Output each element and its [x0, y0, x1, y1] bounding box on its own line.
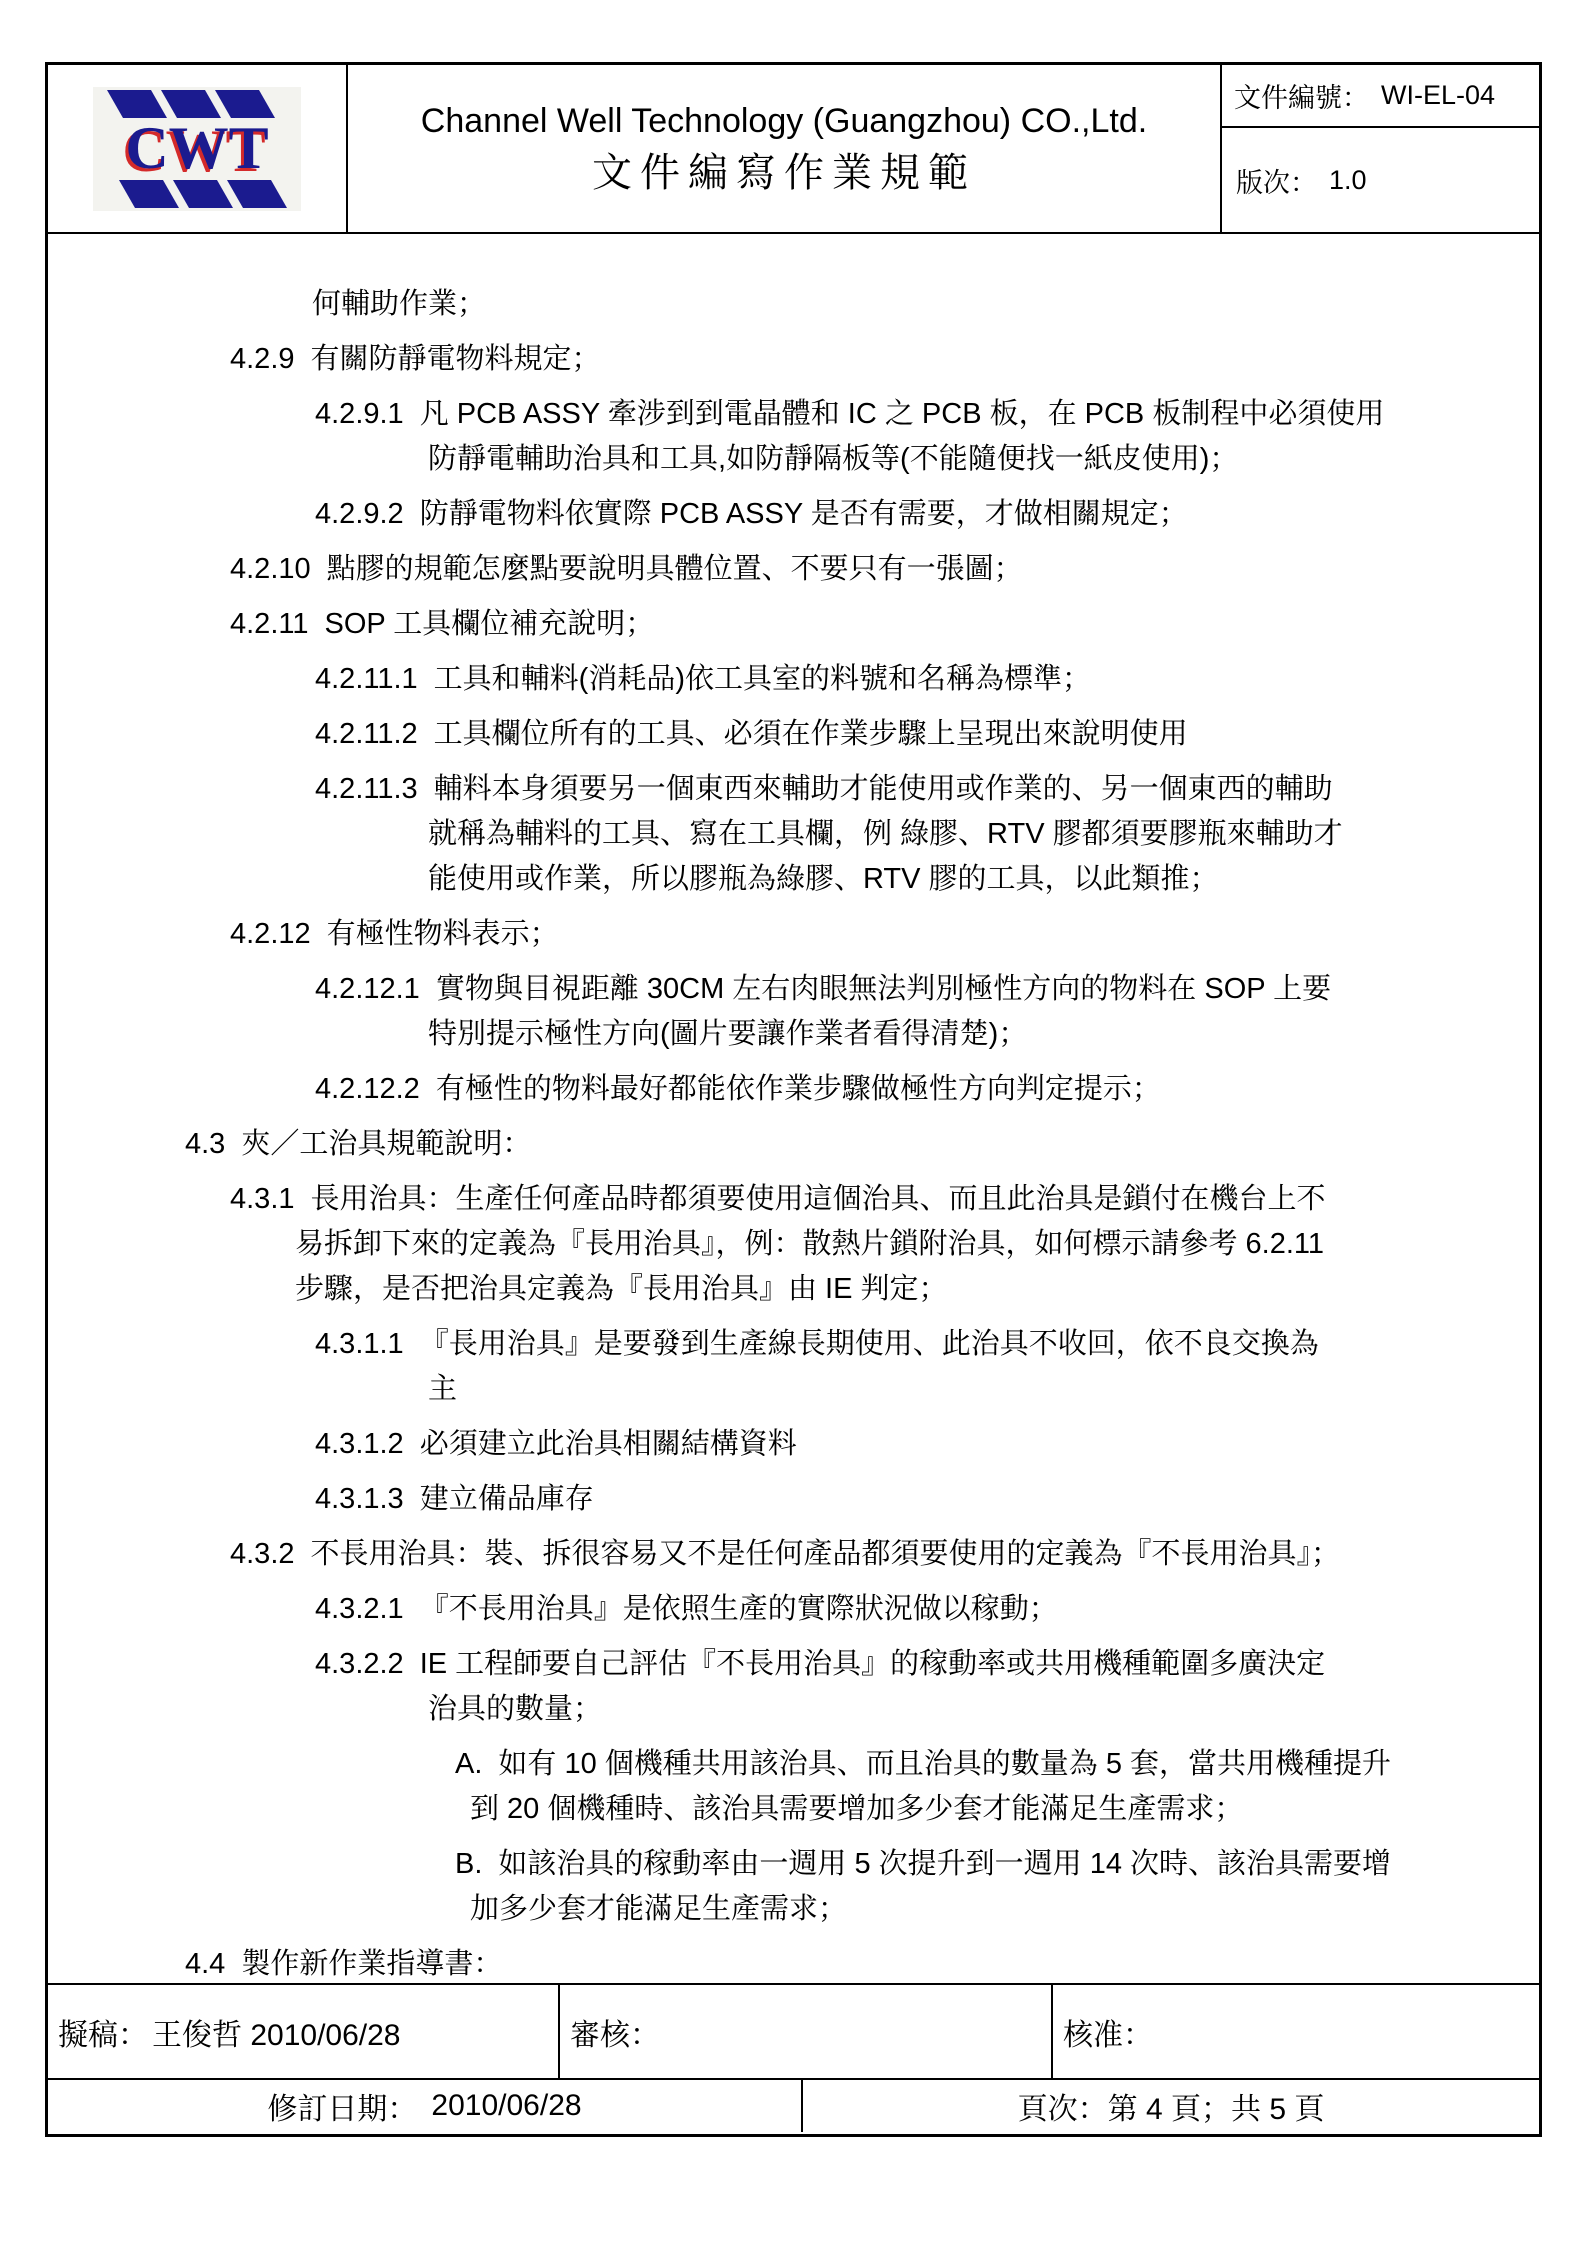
draft-cell: 擬稿： 王俊哲 2010/06/28 [48, 1985, 560, 2078]
body-line: 4.3.1.2必須建立此治具相關結構資料 [315, 1422, 1539, 1467]
body-line: 特別提示極性方向(圖片要讓作業者看得清楚)； [428, 1012, 1539, 1057]
document-page: CWT CWT Channel Well Technology (Guangzh… [0, 0, 1587, 2245]
clause-number: B. [455, 1848, 482, 1880]
page-number-cell: 頁次： 第 4 頁；共 5 頁 [803, 2080, 1539, 2132]
clause-number: 4.2.11 [230, 608, 308, 640]
paragraph: 4.3.2.2IE 工程師要自己評估『不長用治具』的稼動率或共用機種範圍多廣決定… [315, 1642, 1539, 1732]
body-line: B.如該治具的稼動率由一週用 5 次提升到一週用 14 次時、該治具需要增 [455, 1842, 1539, 1887]
paragraph: 何輔助作業； [312, 282, 1539, 327]
body-line: 4.2.12.1實物與目視距離 30CM 左右肉眼無法判別極性方向的物料在 SO… [315, 967, 1539, 1012]
revision-date-cell: 修訂日期： 2010/06/28 [48, 2080, 803, 2132]
paragraph: 4.3.1長用治具：生產任何產品時都須要使用這個治具、而且此治具是鎖付在機台上不… [230, 1177, 1539, 1312]
body-line: 4.3.1.1『長用治具』是要發到生產線長期使用、此治具不收回，依不良交換為 [315, 1322, 1539, 1367]
body-line: 4.2.12有極性物料表示； [230, 912, 1539, 957]
revision-date-value: 2010/06/28 [431, 2089, 581, 2123]
body-line: 加多少套才能滿足生產需求； [470, 1887, 1539, 1932]
paragraph: A.如有 10 個機種共用該治具、而且治具的數量為 5 套，當共用機種提升到 2… [455, 1742, 1539, 1832]
version-value: 1.0 [1329, 165, 1367, 196]
logo-cell: CWT CWT [48, 65, 348, 232]
cwt-logo-graphic: CWT CWT [97, 88, 297, 210]
body-line: 4.2.9.2防靜電物料依實際 PCB ASSY 是否有需要，才做相關規定； [315, 492, 1539, 537]
signature-row: 擬稿： 王俊哲 2010/06/28 審核： 核准： [48, 1985, 1539, 2080]
paragraph: B.如該治具的稼動率由一週用 5 次提升到一週用 14 次時、該治具需要增加多少… [455, 1842, 1539, 1932]
body-line: 防靜電輔助治具和工具,如防靜隔板等(不能隨便找一紙皮使用)； [428, 437, 1539, 482]
paragraph: 4.3夾／工治具規範說明： [185, 1122, 1539, 1167]
clause-number: 4.3 [185, 1128, 225, 1160]
draft-label: 擬稿： [58, 2010, 148, 2054]
doc-number-cell: 文件編號： WI-EL-04 [1222, 65, 1539, 128]
body-line: 4.2.10點膠的規範怎麼點要說明具體位置、不要只有一張圖； [230, 547, 1539, 592]
paragraph: 4.2.12.1實物與目視距離 30CM 左右肉眼無法判別極性方向的物料在 SO… [315, 967, 1539, 1057]
revision-date-label: 修訂日期： [267, 2084, 417, 2128]
body-line: 易拆卸下來的定義為『長用治具』，例：散熱片鎖附治具，如何標示請參考 6.2.11 [295, 1222, 1539, 1267]
body-line: 治具的數量； [428, 1687, 1539, 1732]
approve-label: 核准： [1063, 2010, 1153, 2054]
body-line: 4.2.11.3輔料本身須要另一個東西來輔助才能使用或作業的、另一個東西的輔助 [315, 767, 1539, 812]
paragraph: 4.2.11.1工具和輔料(消耗品)依工具室的料號和名稱為標準； [315, 657, 1539, 702]
body-line: 到 20 個機種時、該治具需要增加多少套才能滿足生產需求； [470, 1787, 1539, 1832]
clause-number: A. [455, 1748, 482, 1780]
clause-number: 4.3.1.2 [315, 1428, 404, 1460]
paragraph: 4.2.12.2有極性的物料最好都能依作業步驟做極性方向判定提示； [315, 1067, 1539, 1112]
body-line: 4.3.1長用治具：生產任何產品時都須要使用這個治具、而且此治具是鎖付在機台上不 [230, 1177, 1539, 1222]
clause-number: 4.2.9 [230, 343, 295, 375]
document-title: 文件編寫作業規範 [592, 149, 976, 197]
body-line: 4.2.9有關防靜電物料規定； [230, 337, 1539, 382]
body-line: 4.3.2不長用治具：裝、拆很容易又不是任何產品都須要使用的定義為『不長用治具』… [230, 1532, 1539, 1577]
clause-number: 4.2.12 [230, 918, 311, 950]
body-line: 能使用或作業，所以膠瓶為綠膠、RTV 膠的工具，以此類推； [428, 857, 1539, 902]
logo-text: CWT [125, 115, 268, 181]
paragraph: 4.3.1.2必須建立此治具相關結構資料 [315, 1422, 1539, 1467]
body-line: 4.2.11.2工具欄位所有的工具、必須在作業步驟上呈現出來說明使用 [315, 712, 1539, 757]
clause-number: 4.2.10 [230, 553, 311, 585]
paragraph: 4.3.2不長用治具：裝、拆很容易又不是任何產品都須要使用的定義為『不長用治具』… [230, 1532, 1539, 1577]
paragraph: 4.2.9.2防靜電物料依實際 PCB ASSY 是否有需要，才做相關規定； [315, 492, 1539, 537]
paragraph: 4.2.10點膠的規範怎麼點要說明具體位置、不要只有一張圖； [230, 547, 1539, 592]
paragraph: 4.2.9有關防靜電物料規定； [230, 337, 1539, 382]
clause-number: 4.2.9.1 [315, 398, 404, 430]
clause-number: 4.2.9.2 [315, 498, 404, 530]
body-line: 4.2.9.1凡 PCB ASSY 牽涉到到電晶體和 IC 之 PCB 板，在 … [315, 392, 1539, 437]
cwt-logo: CWT CWT [93, 87, 301, 211]
company-name: Channel Well Technology (Guangzhou) CO.,… [421, 101, 1147, 141]
body-line: 4.3.2.1『不長用治具』是依照生產的實際狀況做以稼動； [315, 1587, 1539, 1632]
logo-bottom-stripes [119, 180, 287, 208]
revision-page-row: 修訂日期： 2010/06/28 頁次： 第 4 頁；共 5 頁 [48, 2080, 1539, 2132]
paragraph: 4.2.11.2工具欄位所有的工具、必須在作業步驟上呈現出來說明使用 [315, 712, 1539, 757]
paragraph: 4.3.1.1『長用治具』是要發到生產線長期使用、此治具不收回，依不良交換為主 [315, 1322, 1539, 1412]
version-cell: 版次： 1.0 [1222, 128, 1539, 232]
document-table: CWT CWT Channel Well Technology (Guangzh… [45, 62, 1542, 2137]
body-line: 主 [428, 1367, 1539, 1412]
body-line: 4.2.11SOP 工具欄位補充說明； [230, 602, 1539, 647]
clause-number: 4.3.2 [230, 1538, 295, 1570]
body-line: 就稱為輔料的工具、寫在工具欄，例 綠膠、RTV 膠都須要膠瓶來輔助才 [428, 812, 1539, 857]
document-body: 何輔助作業；4.2.9有關防靜電物料規定；4.2.9.1凡 PCB ASSY 牽… [48, 234, 1539, 1985]
paragraph: 4.2.11SOP 工具欄位補充說明； [230, 602, 1539, 647]
review-cell: 審核： [560, 1985, 1053, 2078]
review-label: 審核： [570, 2010, 660, 2054]
clause-number: 4.4 [185, 1948, 225, 1980]
paragraph: 4.2.9.1凡 PCB ASSY 牽涉到到電晶體和 IC 之 PCB 板，在 … [315, 392, 1539, 482]
header-right-column: 文件編號： WI-EL-04 版次： 1.0 [1222, 65, 1539, 232]
paragraph: 4.2.11.3輔料本身須要另一個東西來輔助才能使用或作業的、另一個東西的輔助就… [315, 767, 1539, 902]
paragraph: 4.2.12有極性物料表示； [230, 912, 1539, 957]
paragraph: 4.4製作新作業指導書： [185, 1942, 1539, 1985]
clause-number: 4.2.12.1 [315, 973, 420, 1005]
clause-number: 4.2.11.1 [315, 663, 418, 695]
paragraph: 4.3.2.1『不長用治具』是依照生產的實際狀況做以稼動； [315, 1587, 1539, 1632]
logo-top-stripes [107, 90, 275, 118]
page-number-label: 頁次： [1018, 2084, 1108, 2128]
header-row: CWT CWT Channel Well Technology (Guangzh… [48, 65, 1539, 234]
body-line: 4.3.1.3建立備品庫存 [315, 1477, 1539, 1522]
clause-number: 4.2.11.2 [315, 718, 418, 750]
body-line: 4.4製作新作業指導書： [185, 1942, 1539, 1985]
paragraph: 4.3.1.3建立備品庫存 [315, 1477, 1539, 1522]
body-line: 4.2.12.2有極性的物料最好都能依作業步驟做極性方向判定提示； [315, 1067, 1539, 1112]
clause-number: 4.3.1.1 [315, 1328, 404, 1360]
clause-number: 4.3.1 [230, 1183, 295, 1215]
body-line: 4.3夾／工治具規範說明： [185, 1122, 1539, 1167]
body-line: 何輔助作業； [312, 282, 1539, 327]
page-number-value: 第 4 頁；共 5 頁 [1108, 2084, 1325, 2128]
version-label: 版次： [1236, 161, 1317, 200]
body-line: 步驟，是否把治具定義為『長用治具』由 IE 判定； [295, 1267, 1539, 1312]
clause-number: 4.3.1.3 [315, 1483, 404, 1515]
doc-number-label: 文件編號： [1234, 76, 1369, 115]
clause-number: 4.3.2.1 [315, 1593, 404, 1625]
body-line: 4.2.11.1工具和輔料(消耗品)依工具室的料號和名稱為標準； [315, 657, 1539, 702]
body-line: A.如有 10 個機種共用該治具、而且治具的數量為 5 套，當共用機種提升 [455, 1742, 1539, 1787]
clause-number: 4.2.11.3 [315, 773, 418, 805]
doc-number-value: WI-EL-04 [1381, 80, 1495, 111]
body-line: 4.3.2.2IE 工程師要自己評估『不長用治具』的稼動率或共用機種範圍多廣決定 [315, 1642, 1539, 1687]
clause-number: 4.2.12.2 [315, 1073, 420, 1105]
clause-number: 4.3.2.2 [315, 1648, 404, 1680]
approve-cell: 核准： [1053, 1985, 1539, 2078]
title-cell: Channel Well Technology (Guangzhou) CO.,… [348, 65, 1222, 232]
draft-value: 王俊哲 2010/06/28 [152, 2010, 400, 2054]
